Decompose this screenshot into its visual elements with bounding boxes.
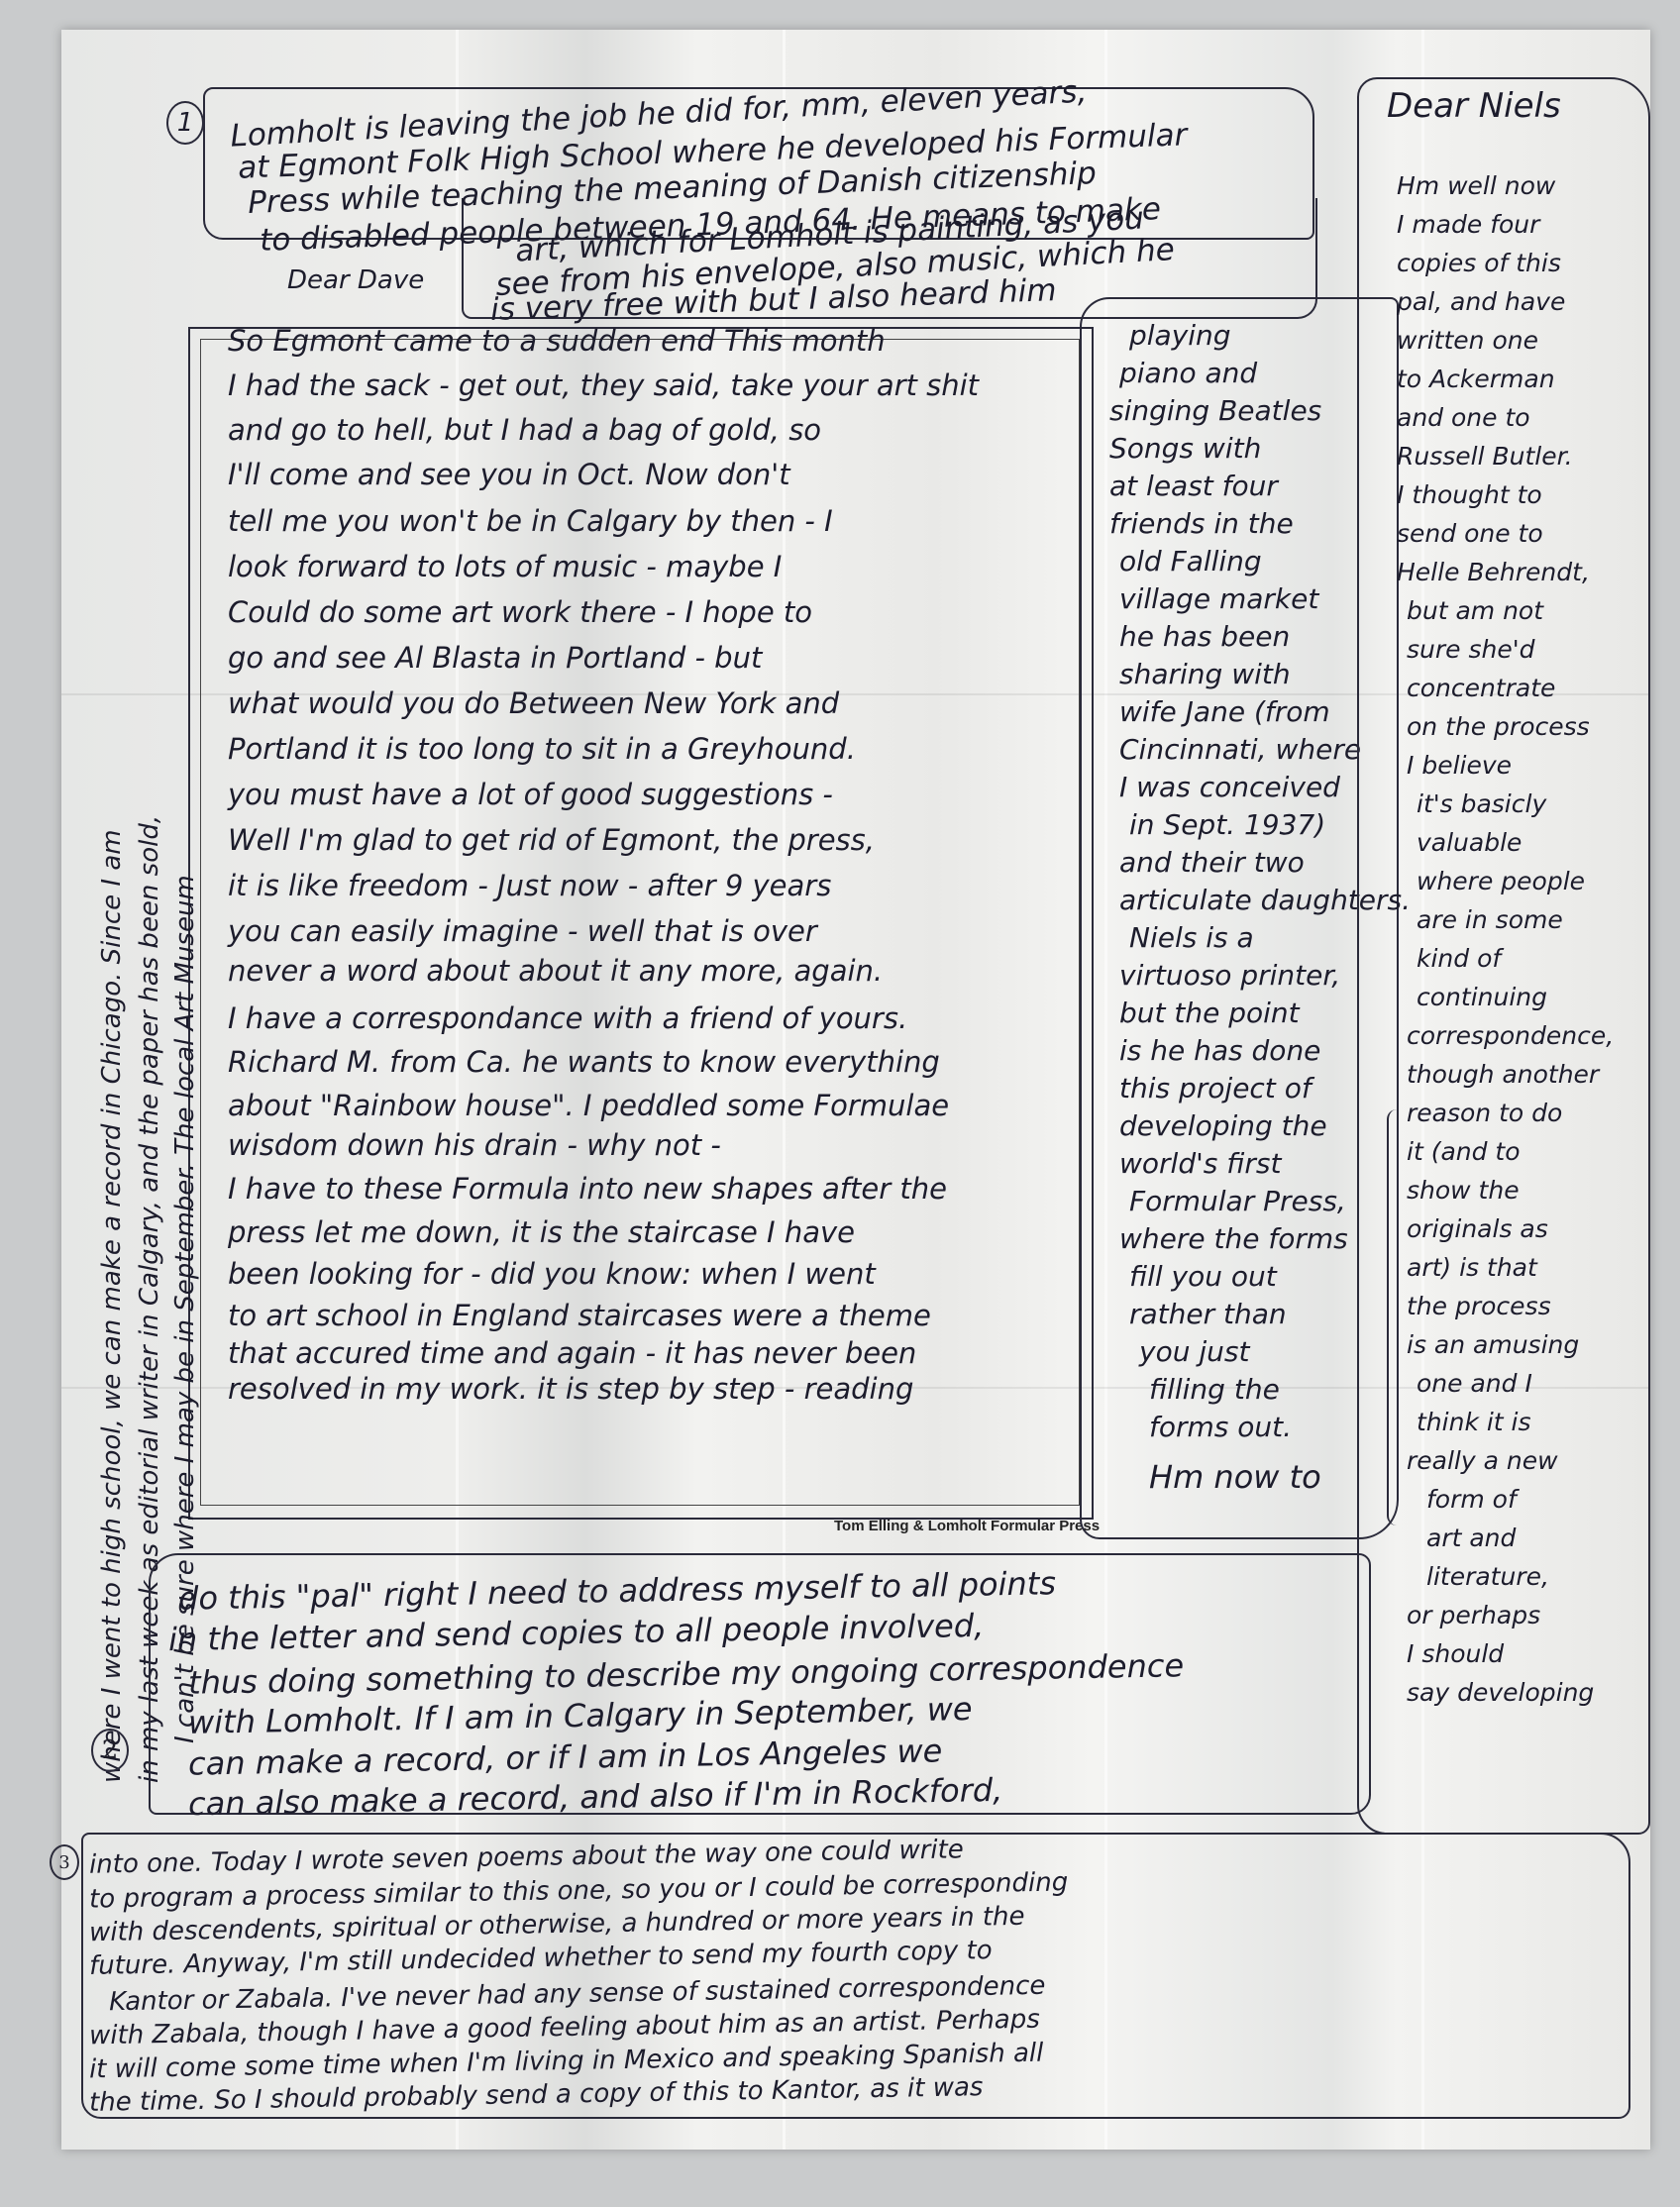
printed-press-credit: Tom Elling & Lomholt Formular Press <box>834 1518 1100 1534</box>
section-marker-2: 2 <box>91 1729 129 1772</box>
salutation: Dear Dave <box>287 267 424 293</box>
section-marker-3: 3 <box>50 1844 79 1880</box>
salutation: Dear Niels <box>1387 89 1561 123</box>
section-marker-1: 1 <box>166 101 204 145</box>
